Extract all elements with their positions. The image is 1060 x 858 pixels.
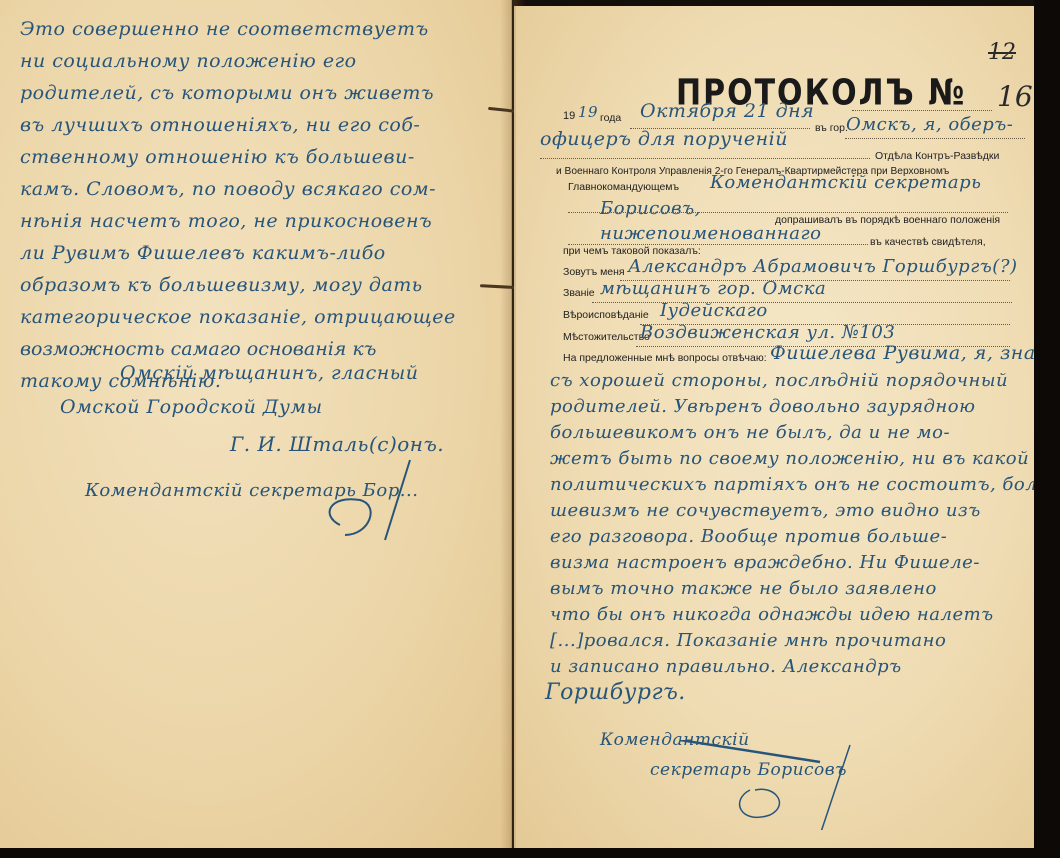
answer-line: большевикомъ онъ не былъ, да и не мо- — [550, 422, 950, 443]
signature-flourish-icon — [680, 740, 880, 830]
witness-handwritten: нижепоименованнаго — [600, 223, 821, 244]
left-handwritten-line: ственному отношенію къ большеви- — [20, 146, 415, 168]
background-edge-bottom — [0, 848, 1060, 858]
printed-capacity: въ качествѣ свидѣтеля, — [870, 236, 986, 248]
number-rule — [852, 110, 992, 111]
answer-line: родителей. Увѣренъ довольно заурядною — [550, 396, 975, 417]
answer-line: жетъ быть по своему положенію, ни въ как… — [550, 448, 1029, 469]
left-handwritten-line: образомъ къ большевизму, могу дать — [20, 274, 423, 296]
signature-line-2: Омской Городской Думы — [60, 396, 323, 418]
field-label-name: Зовутъ меня — [563, 266, 625, 278]
witness-signature: Горшбургъ. — [545, 680, 686, 705]
interrogator-rule — [568, 212, 1008, 213]
officer-handwritten: офицеръ для порученій — [540, 128, 788, 150]
interrogator-handwritten-2: Борисовъ, — [600, 198, 701, 219]
background-edge-right — [1034, 0, 1060, 858]
signature-flourish-icon — [300, 455, 440, 545]
left-page: Это совершенно не соответствуетъ ни соци… — [0, 0, 512, 848]
left-handwritten-line: категорическое показаніе, отрицающее — [20, 306, 456, 328]
year-suffix: 19 — [578, 103, 598, 121]
answer-line: [...]ровался. Показаніе мнѣ прочитано — [550, 630, 946, 651]
signature-name: Г. И. Шталь(с)онъ. — [230, 432, 444, 456]
dept-label: Отдѣла Контръ-Развѣдки — [875, 150, 999, 162]
rank-rule — [592, 302, 1012, 303]
field-label-rank: Званіе — [563, 287, 595, 299]
left-handwritten-line: Это совершенно не соответствуетъ — [20, 18, 429, 40]
answer-line: и записано правильно. Александръ — [550, 656, 902, 677]
page-number-crossed: 12 — [988, 40, 1016, 65]
answer-line: вымъ точно также не было заявлено — [550, 578, 937, 599]
city-rule — [845, 138, 1025, 139]
label-city: въ гор. — [815, 122, 848, 134]
left-handwritten-line: камъ. Словомъ, по поводу всякаго сом- — [20, 178, 436, 200]
year-prefix: 19 — [563, 110, 575, 122]
field-value-religion: Іудейскаго — [660, 300, 768, 321]
field-value-name: Александръ Абрамовичъ Горшбургъ(?) — [628, 256, 1018, 277]
left-handwritten-line: ли Рувимъ Фишелевъ какимъ-либо — [20, 242, 386, 264]
field-label-religion: Вѣроисповѣданіе — [563, 309, 649, 321]
field-value-rank: мѣщанинъ гор. Омска — [600, 278, 826, 299]
answer-line: шевизмъ не сочувствуетъ, это видно изъ — [550, 500, 981, 521]
answer-first: Фишелева Рувима, я, знаю — [770, 342, 1053, 364]
left-handwritten-line: родителей, съ которыми онъ живетъ — [20, 82, 434, 104]
answer-line: политическихъ партіяхъ онъ не состоитъ, … — [550, 474, 1054, 495]
answer-line: его разговора. Вообще против больше- — [550, 526, 947, 547]
field-label-residence: Мѣстожительство — [563, 331, 650, 343]
left-handwritten-line: ни социальному положенію его — [20, 50, 357, 72]
label-year: года — [600, 112, 621, 124]
field-value-residence: Воздвиженская ул. №103 — [640, 322, 895, 343]
document-spread: Это совершенно не соответствуетъ ни соци… — [0, 0, 1060, 858]
left-handwritten-line: въ лучшихъ отношеніяхъ, ни его соб- — [20, 114, 420, 136]
left-handwritten-line: возможность самаго основанія къ — [20, 338, 376, 360]
answer-line: съ хорошей стороны, послѣдній порядочный — [550, 370, 1008, 391]
interrogator-handwritten-1: Комендантскій секретарь — [710, 172, 981, 193]
answer-line: что бы онъ никогда однажды идею налетъ — [550, 604, 994, 625]
signature-line-1: Омскій мѣщанинъ, гласный — [120, 362, 418, 384]
officer-rule — [540, 158, 870, 159]
answer-line: визма настроенъ враждебно. Ни Фишеле- — [550, 552, 980, 573]
city-handwritten: Омскъ, я, оберъ- — [846, 114, 1013, 135]
page-number: 16 — [997, 80, 1033, 113]
printed-line-2: Главнокомандующемъ — [568, 181, 679, 193]
label-answers: На предложенные мнѣ вопросы отвѣчаю: — [563, 352, 767, 364]
date-handwritten: Октября 21 дня — [640, 100, 814, 122]
left-handwritten-line: нѣнія насчетъ того, не прикосновенъ — [20, 210, 432, 232]
